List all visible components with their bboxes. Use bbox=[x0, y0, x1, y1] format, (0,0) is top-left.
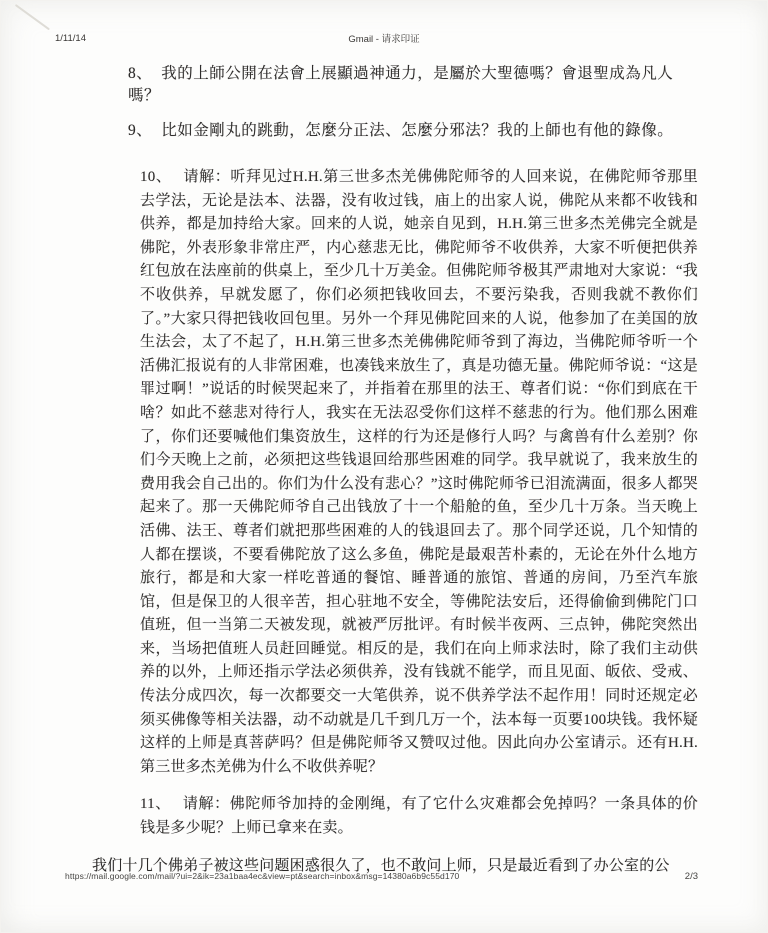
question-10: 10、请解：听拜见过H.H.第三世多杰羌佛佛陀师爷的人回来说，在佛陀师爷那里去学… bbox=[140, 166, 698, 779]
footer-url: https://mail.google.com/mail/?ui=2&ik=23… bbox=[65, 871, 459, 881]
print-footer: https://mail.google.com/mail/?ui=2&ik=23… bbox=[65, 871, 698, 885]
question-8: 8、我的上師公開在法會上展顯過神通力，是屬於大聖德嗎？會退聖成為凡人嗎？ bbox=[128, 63, 698, 107]
question-11-number: 11、 bbox=[140, 796, 171, 812]
question-9-number: 9、 bbox=[128, 122, 152, 139]
question-8-text: 我的上師公開在法會上展顯過神通力，是屬於大聖德嗎？會退聖成為凡人嗎？ bbox=[128, 65, 673, 104]
print-header: 1/11/14 Gmail - 请求印证 bbox=[0, 31, 768, 45]
page-indicator: 2/3 bbox=[685, 871, 698, 882]
question-11: 11、请解：佛陀师爷加持的金刚绳，有了它什么灾难都会免掉吗？一条具体的价钱是多少… bbox=[140, 793, 698, 840]
scanned-document-page: 1/11/14 Gmail - 请求印证 8、我的上師公開在法會上展顯過神通力，… bbox=[0, 0, 768, 933]
question-9: 9、比如金剛丸的跳動，怎麼分正法、怎麼分邪法？我的上師也有他的錄像。 bbox=[128, 120, 698, 142]
document-title: Gmail - 请求印证 bbox=[0, 31, 768, 45]
document-body: 8、我的上師公開在法會上展顯過神通力，是屬於大聖德嗎？會退聖成為凡人嗎？ 9、比… bbox=[92, 57, 698, 878]
question-10-text: 请解：听拜见过H.H.第三世多杰羌佛佛陀师爷的人回来说，在佛陀师爷那里去学法，无… bbox=[140, 169, 698, 775]
question-10-number: 10、 bbox=[140, 169, 171, 185]
question-11-text: 请解：佛陀师爷加持的金刚绳，有了它什么灾难都会免掉吗？一条具体的价钱是多少呢？上… bbox=[140, 796, 698, 836]
question-8-number: 8、 bbox=[128, 65, 152, 82]
question-9-text: 比如金剛丸的跳動，怎麼分正法、怎麼分邪法？我的上師也有他的錄像。 bbox=[161, 122, 673, 139]
scan-corner-artifact bbox=[15, 4, 50, 30]
